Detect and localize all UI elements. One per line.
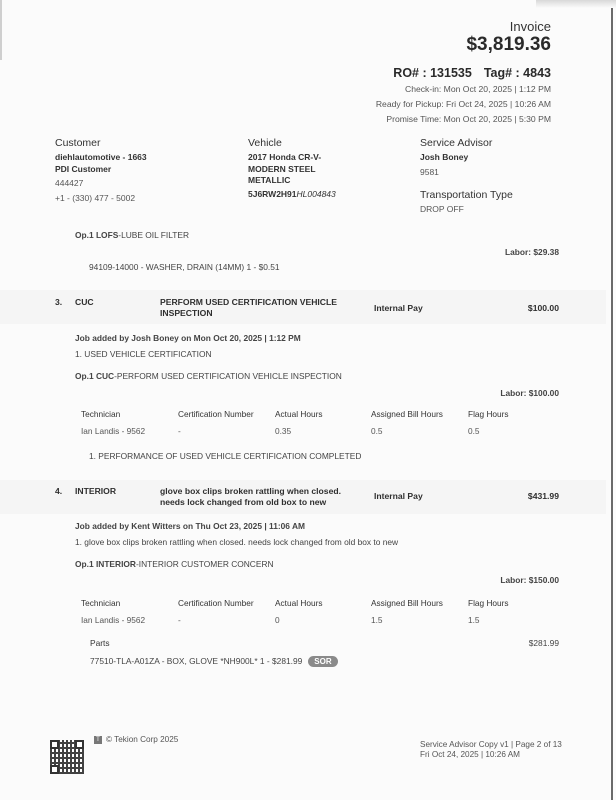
vehicle-section: Vehicle 2017 Honda CR-V- MODERN STEEL ME… [248, 137, 336, 200]
part-description: 77510-TLA-A01ZA - BOX, GLOVE *NH900L* 1 … [90, 656, 302, 666]
job-op-code: Op.1 INTERIOR [75, 559, 136, 569]
td-actual: 0 [275, 615, 280, 625]
advisor-title: Service Advisor [420, 137, 513, 149]
ro-tag-line: RO# : 131535Tag# : 4843 [393, 66, 551, 80]
th-assigned: Assigned Bill Hours [371, 598, 443, 608]
job-op-line: Op.1 CUC-PERFORM USED CERTIFICATION VEHI… [75, 371, 342, 381]
vehicle-line2: MODERN STEEL [248, 164, 336, 176]
job-row-3: 3. CUC PERFORM USED CERTIFICATION VEHICL… [0, 290, 606, 324]
th-flag: Flag Hours [468, 409, 509, 419]
job-pay-type: Internal Pay [374, 303, 423, 313]
td-assigned: 0.5 [371, 426, 383, 436]
customer-id: 444427 [55, 178, 147, 190]
job-labor: Labor: $100.00 [500, 388, 559, 398]
job-amount: $100.00 [528, 303, 559, 313]
advisor-section: Service Advisor Josh Boney 9581 Transpor… [420, 137, 513, 216]
printed-date: Fri Oct 24, 2025 | 10:26 AM [420, 750, 520, 759]
sor-badge: SOR [308, 656, 337, 667]
tag-number: Tag# : 4843 [484, 66, 551, 80]
job-pay-type: Internal Pay [374, 491, 423, 501]
job-description: glove box clips broken rattling when clo… [160, 486, 341, 508]
advisor-name: Josh Boney [420, 152, 513, 164]
transport-type: DROP OFF [420, 204, 513, 216]
td-technician: Ian Landis - 9562 [81, 615, 145, 625]
job-concern: 1. USED VEHICLE CERTIFICATION [75, 349, 212, 359]
th-cert: Certification Number [178, 409, 254, 419]
vehicle-line1: 2017 Honda CR-V- [248, 152, 336, 164]
th-actual: Actual Hours [275, 409, 323, 419]
prev-op-desc: -LUBE OIL FILTER [118, 230, 189, 240]
transport-title: Transportation Type [420, 189, 513, 201]
prev-part: 94109-14000 - WASHER, DRAIN (14MM) 1 - $… [89, 262, 280, 272]
customer-type: PDI Customer [55, 164, 147, 176]
vehicle-line3: METALLIC [248, 175, 336, 187]
parts-total: $281.99 [529, 638, 559, 648]
customer-phone: +1 - (330) 477 - 5002 [55, 193, 147, 205]
qr-code [50, 740, 84, 774]
job-code: INTERIOR [75, 486, 116, 496]
page-corner-shadow [536, 0, 616, 8]
job-desc-line2: INSPECTION [160, 308, 337, 319]
job-description: PERFORM USED CERTIFICATION VEHICLEINSPEC… [160, 297, 337, 319]
ro-number: RO# : 131535 [393, 66, 472, 80]
prev-labor: Labor: $29.38 [505, 247, 559, 257]
th-technician: Technician [81, 409, 120, 419]
check-in: Check-in: Mon Oct 20, 2025 | 1:12 PM [405, 84, 551, 94]
job-desc-line1: glove box clips broken rattling when clo… [160, 486, 341, 497]
vin-suffix: HL004843 [297, 189, 336, 199]
customer-name: diehlautomotive - 1663 [55, 152, 147, 164]
job-op-code: Op.1 CUC [75, 371, 114, 381]
job-desc-line2: needs lock changed from old box to new [160, 497, 341, 508]
job-added-by: Job added by Kent Witters on Thu Oct 23,… [75, 521, 305, 531]
job-code: CUC [75, 297, 94, 307]
th-cert: Certification Number [178, 598, 254, 608]
job-number: 4. [55, 486, 62, 496]
td-assigned: 1.5 [371, 615, 383, 625]
promise-time: Promise Time: Mon Oct 20, 2025 | 5:30 PM [386, 114, 551, 124]
ready-for-pickup: Ready for Pickup: Fri Oct 24, 2025 | 10:… [376, 99, 551, 109]
job-amount: $431.99 [528, 491, 559, 501]
copyright-line: T© Tekion Corp 2025 [94, 735, 178, 744]
th-assigned: Assigned Bill Hours [371, 409, 443, 419]
th-technician: Technician [81, 598, 120, 608]
th-flag: Flag Hours [468, 598, 509, 608]
vehicle-title: Vehicle [248, 137, 336, 149]
parts-title: Parts [90, 638, 110, 648]
part-line: 77510-TLA-A01ZA - BOX, GLOVE *NH900L* 1 … [90, 656, 338, 667]
job-note: 1. PERFORMANCE OF USED VEHICLE CERTIFICA… [89, 451, 361, 461]
td-cert: - [178, 615, 181, 625]
job-labor: Labor: $150.00 [500, 575, 559, 585]
customer-title: Customer [55, 137, 147, 149]
copyright: © Tekion Corp 2025 [106, 735, 178, 744]
td-flag: 0.5 [468, 426, 480, 436]
job-concern: 1. glove box clips broken rattling when … [75, 537, 398, 547]
job-added-by: Job added by Josh Boney on Mon Oct 20, 2… [75, 333, 301, 343]
th-actual: Actual Hours [275, 598, 323, 608]
copy-info: Service Advisor Copy v1 | Page 2 of 13 [420, 740, 562, 749]
customer-section: Customer diehlautomotive - 1663 PDI Cust… [55, 137, 147, 204]
vehicle-vin: 5J6RW2H91HL004843 [248, 189, 336, 201]
page-left-edge [0, 0, 2, 60]
invoice-label: Invoice [510, 19, 551, 34]
td-flag: 1.5 [468, 615, 480, 625]
td-cert: - [178, 426, 181, 436]
job-desc-line1: PERFORM USED CERTIFICATION VEHICLE [160, 297, 337, 308]
td-actual: 0.35 [275, 426, 291, 436]
vin-prefix: 5J6RW2H91 [248, 189, 297, 199]
prev-op-line: Op.1 LOFS-LUBE OIL FILTER [75, 230, 189, 240]
job-op-desc: -PERFORM USED CERTIFICATION VEHICLE INSP… [114, 371, 342, 381]
invoice-total: $3,819.36 [466, 34, 551, 56]
job-op-desc: -INTERIOR CUSTOMER CONCERN [136, 559, 274, 569]
job-number: 3. [55, 297, 62, 307]
page-right-edge [611, 8, 613, 800]
advisor-id: 9581 [420, 167, 513, 179]
td-technician: Ian Landis - 9562 [81, 426, 145, 436]
prev-op-code: Op.1 LOFS [75, 230, 118, 240]
job-op-line: Op.1 INTERIOR-INTERIOR CUSTOMER CONCERN [75, 559, 274, 569]
tekion-logo-icon: T [94, 736, 102, 744]
job-row-4: 4. INTERIOR glove box clips broken rattl… [0, 480, 606, 514]
